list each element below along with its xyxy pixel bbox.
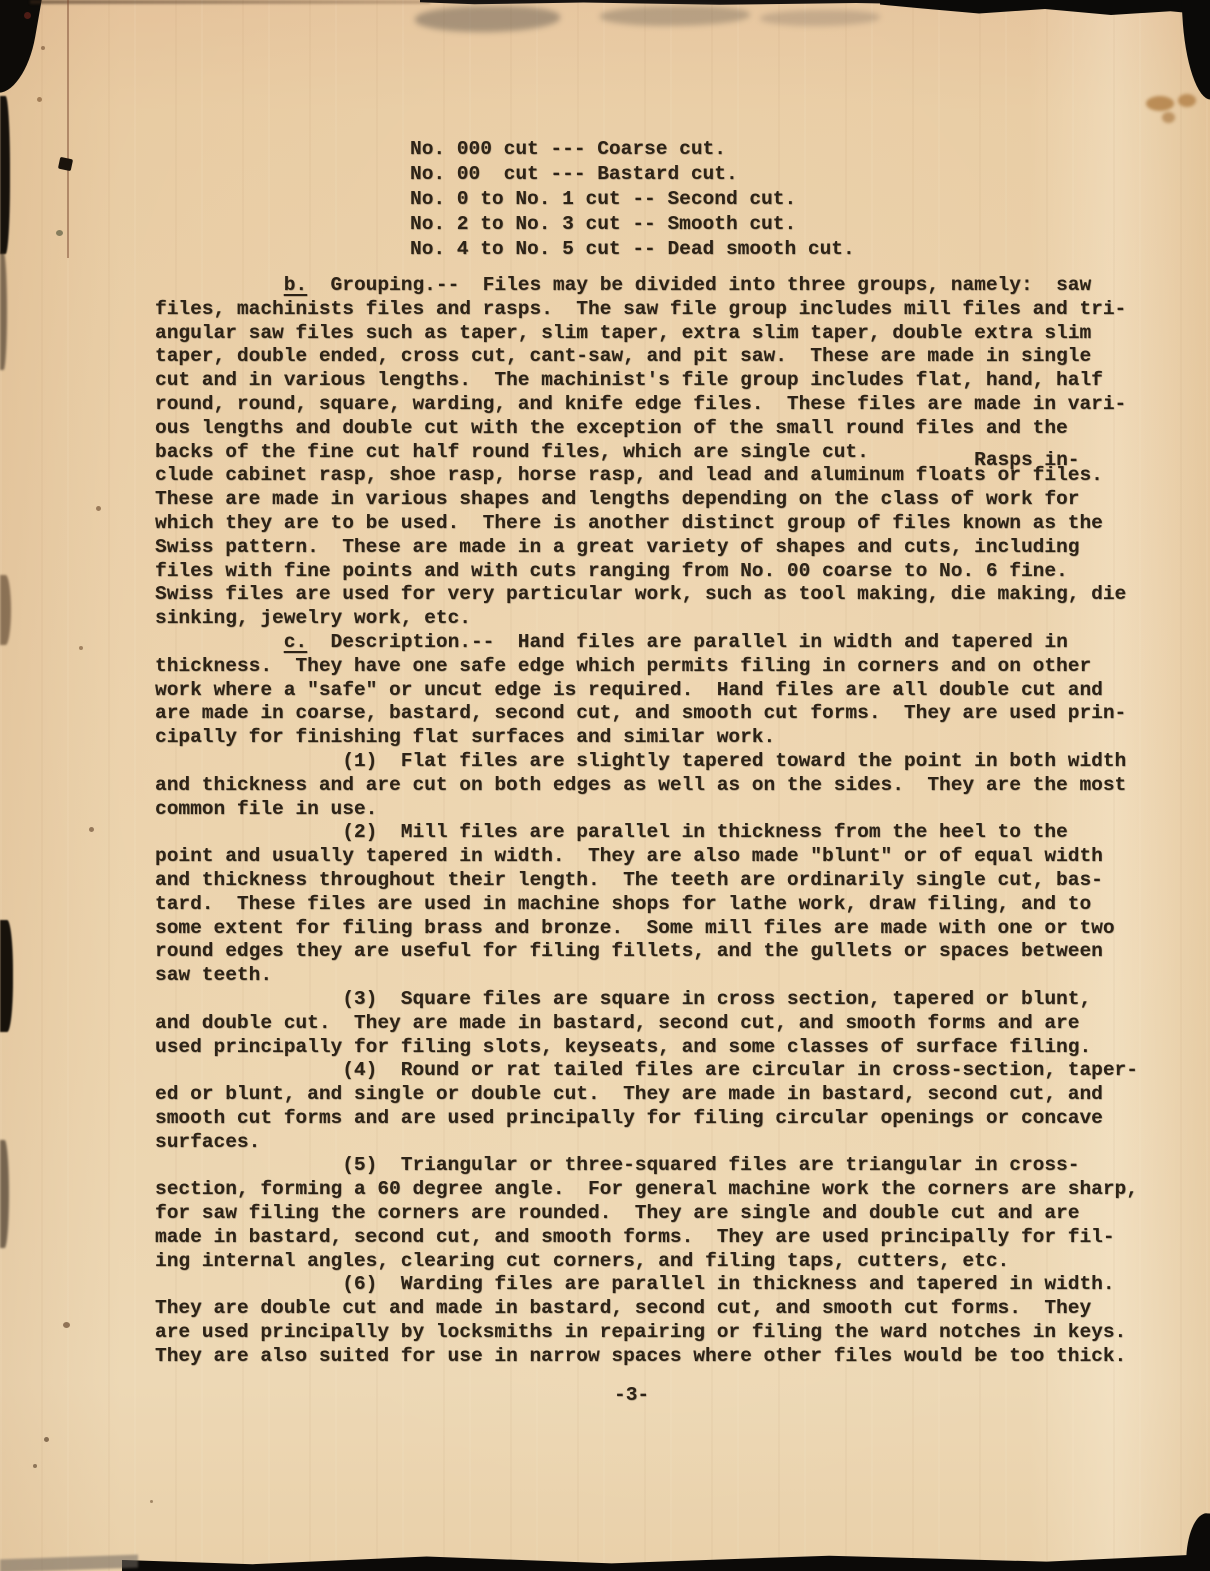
text-line: thickness. They have one safe edge which…	[155, 655, 1138, 679]
text-line: files with fine points and with cuts ran…	[155, 560, 1138, 584]
speck	[96, 506, 101, 511]
ink-smudge	[600, 6, 750, 26]
text-line: Swiss pattern. These are made in a great…	[155, 536, 1138, 560]
speck	[89, 827, 94, 832]
text-line: which they are to be used. There is anot…	[155, 512, 1138, 536]
text-line: cut and in various lengths. The machinis…	[155, 369, 1138, 393]
text-line: saw teeth.	[155, 964, 1138, 988]
text-line: (2) Mill files are parallel in thickness…	[155, 821, 1138, 845]
fold-crease	[67, 0, 69, 258]
text-line: made in bastard, second cut, and smooth …	[155, 1226, 1138, 1250]
speck	[37, 97, 42, 102]
scan-edge-bottom-left	[0, 1555, 138, 1571]
text-line: No. 00 cut --- Bastard cut.	[410, 162, 855, 187]
text-line: No. 000 cut --- Coarse cut.	[410, 137, 855, 162]
text-line: ing internal angles, clearing cut corner…	[155, 1250, 1138, 1274]
scan-edge-left	[0, 96, 10, 254]
text-line: round edges they are useful for filing f…	[155, 940, 1138, 964]
scan-edge-top-right	[880, 0, 1210, 15]
text-line: No. 4 to No. 5 cut -- Dead smooth cut.	[410, 237, 855, 262]
text-line: They are also suited for use in narrow s…	[155, 1345, 1138, 1369]
text-line: ous lengths and double cut with the exce…	[155, 417, 1138, 441]
ink-smudge	[415, 6, 560, 32]
text-line: (1) Flat files are slightly tapered towa…	[155, 750, 1138, 774]
scan-edge-top-right-wedge	[1181, 0, 1210, 101]
speck	[44, 1437, 49, 1442]
text-line: No. 0 to No. 1 cut -- Second cut.	[410, 187, 855, 212]
text-line: (4) Round or rat tailed files are circul…	[155, 1059, 1138, 1083]
text-line: smooth cut forms and are used principall…	[155, 1107, 1138, 1131]
text-line: (6) Warding files are parallel in thickn…	[155, 1273, 1138, 1297]
text-line: round, round, square, warding, and knife…	[155, 393, 1138, 417]
text-line: b. Grouping.-- Files may be divided into…	[155, 274, 1138, 298]
text-line: These are made in various shapes and len…	[155, 488, 1138, 512]
text-line: section, forming a 60 degree angle. For …	[155, 1178, 1138, 1202]
scan-edge-left	[0, 1140, 9, 1248]
text-line: backs of the fine cut half round files, …	[155, 441, 1138, 465]
text-line: and thickness throughout their length. T…	[155, 869, 1138, 893]
text-line: c. Description.-- Hand files are paralle…	[155, 631, 1138, 655]
text-line: files, machinists files and rasps. The s…	[155, 298, 1138, 322]
speck	[56, 230, 63, 236]
text-line: for saw filing the corners are rounded. …	[155, 1202, 1138, 1226]
scan-edge-top-thin	[30, 0, 430, 4]
stain	[1178, 94, 1196, 107]
scan-edge-left	[0, 575, 11, 645]
text-line: (5) Triangular or three-squared files ar…	[155, 1154, 1138, 1178]
cut-grades-list: No. 000 cut --- Coarse cut.No. 00 cut --…	[410, 137, 855, 262]
text-line: point and usually tapered in width. They…	[155, 845, 1138, 869]
text-line: angular saw files such as taper, slim ta…	[155, 322, 1138, 346]
stain	[1162, 112, 1175, 123]
text-line: ed or blunt, and single or double cut. T…	[155, 1083, 1138, 1107]
text-line: used principally for filing slots, keyse…	[155, 1036, 1138, 1060]
speck	[63, 1322, 70, 1328]
text-line: surfaces.	[155, 1131, 1138, 1155]
text-line: some extent for filing brass and bronze.…	[155, 917, 1138, 941]
text-line: (3) Square files are square in cross sec…	[155, 988, 1138, 1012]
scan-edge-bottom	[122, 1554, 1210, 1571]
text-line: Swiss files are used for very particular…	[155, 583, 1138, 607]
text-line: common file in use.	[155, 798, 1138, 822]
text-line: taper, double ended, cross cut, cant-saw…	[155, 345, 1138, 369]
text-line: are made in coarse, bastard, second cut,…	[155, 702, 1138, 726]
text-line: are used principally by locksmiths in re…	[155, 1321, 1138, 1345]
text-line: and thickness and are cut on both edges …	[155, 774, 1138, 798]
text-line: sinking, jewelry work, etc.	[155, 607, 1138, 631]
scan-edge-left	[0, 252, 7, 370]
speck	[24, 12, 31, 19]
speck	[79, 646, 83, 650]
text-line: No. 2 to No. 3 cut -- Smooth cut.	[410, 212, 855, 237]
text-line: and double cut. They are made in bastard…	[155, 1012, 1138, 1036]
scanned-document-page: { "page": { "page_number": "-3-", "paper…	[0, 0, 1210, 1571]
scan-edge-bottom-right-wedge	[1185, 1512, 1210, 1571]
text-line: They are double cut and made in bastard,…	[155, 1297, 1138, 1321]
page-number: -3-	[614, 1383, 649, 1407]
speck	[41, 46, 45, 50]
stain	[1146, 96, 1174, 111]
speck	[33, 1464, 37, 1468]
scan-edge-left	[0, 920, 13, 1032]
ink-mark	[58, 157, 73, 171]
text-line: work where a "safe" or uncut edge is req…	[155, 679, 1138, 703]
document-body: b. Grouping.-- Files may be divided into…	[155, 274, 1138, 1369]
scan-edge-top-middle	[420, 0, 965, 5]
text-line: cipally for finishing flat surfaces and …	[155, 726, 1138, 750]
text-line: tard. These files are used in machine sh…	[155, 893, 1138, 917]
speck	[150, 1500, 153, 1503]
ink-smudge	[760, 10, 880, 26]
